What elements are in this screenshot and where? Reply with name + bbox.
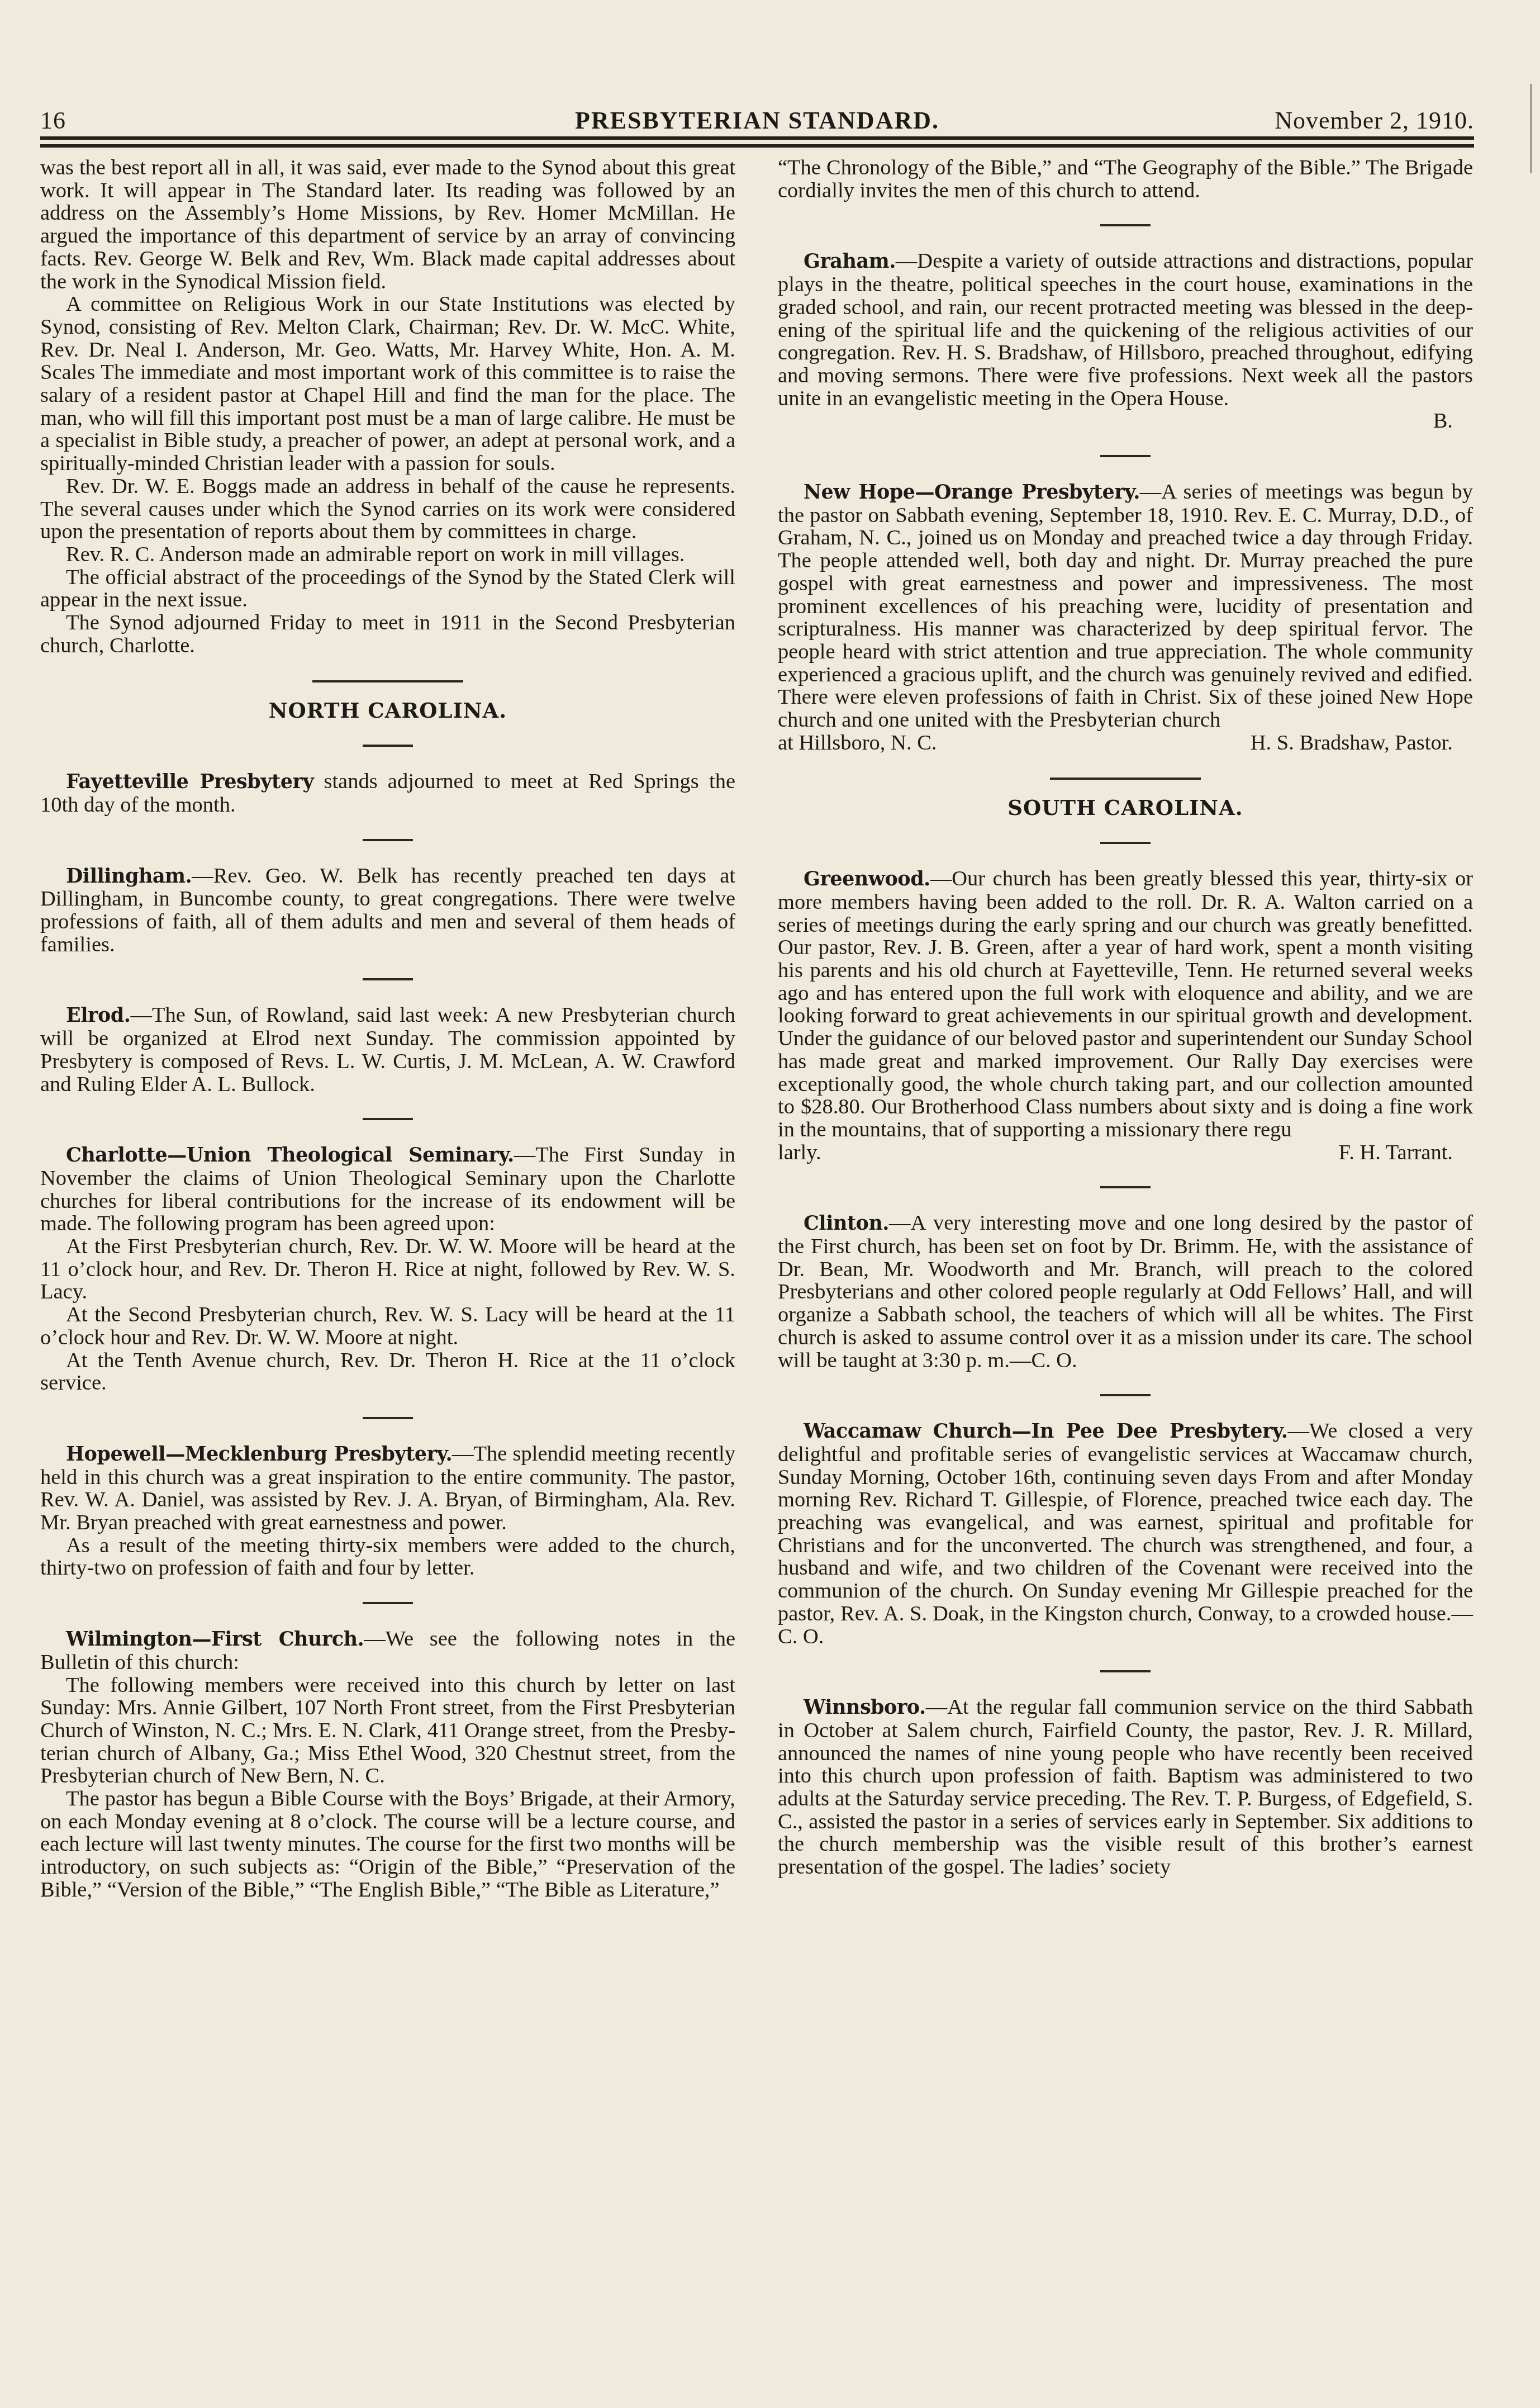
article-signature: H. S. Bradshaw, Pastor.	[1251, 732, 1473, 755]
synod-paragraph: Rev. Dr. W. E. Boggs made an address in …	[40, 475, 735, 543]
article-paragraph: At the Second Presbyterian church, Rev. …	[40, 1303, 735, 1349]
issue-date: November 2, 1910.	[1275, 106, 1474, 135]
article-body: —Our church has been greatly blessed thi…	[778, 867, 1473, 1141]
article-divider	[363, 1118, 413, 1120]
article-lead: Graham.	[804, 250, 896, 273]
article-divider	[1100, 1394, 1151, 1396]
section-heading-south-carolina: SOUTH CAROLINA.	[778, 797, 1473, 819]
article-fayetteville: Fayetteville Presbytery stands adjourned…	[40, 770, 735, 816]
article-body: —The Sun, of Rowland, said last week: A …	[40, 1003, 735, 1096]
left-column: was the best report all in all, it was s…	[40, 157, 735, 1902]
closing-text: larly.	[778, 1141, 821, 1164]
article-closing: larly. F. H. Tarrant.	[778, 1141, 1473, 1164]
article-divider	[363, 745, 413, 747]
article-divider	[363, 978, 413, 980]
article-greenwood: Greenwood.—Our church has been greatly b…	[778, 868, 1473, 1164]
article-lead: New Hope—Orange Presbytery.	[804, 481, 1140, 504]
article-lead: Charlotte—Union Theological Seminary.	[66, 1144, 514, 1167]
article-signature: B.	[778, 410, 1473, 433]
article-clinton: Clinton.—A very interesting move and one…	[778, 1212, 1473, 1372]
rule-line	[40, 144, 1474, 148]
section-divider	[1050, 778, 1201, 780]
newspaper-page: 16 PRESBYTERIAN STANDARD. November 2, 19…	[40, 0, 1474, 2408]
closing-text: at Hillsboro, N. C.	[778, 732, 937, 755]
article-paragraph: The following members were received into…	[40, 1674, 735, 1788]
synod-paragraph: Rev. R. C. Anderson made an admirable re…	[40, 543, 735, 566]
article-divider	[1100, 1186, 1151, 1188]
article-graham: Graham.—Despite a variety of outside att…	[778, 250, 1473, 433]
header-double-rule	[40, 134, 1474, 149]
article-elrod: Elrod.—The Sun, of Rowland, said last we…	[40, 1004, 735, 1096]
article-lead: Greenwood.	[804, 868, 930, 890]
article-paragraph: The pastor has begun a Bible Course with…	[40, 1788, 735, 1902]
article-waccamaw: Waccamaw Church—In Pee Dee Presbytery.—W…	[778, 1420, 1473, 1648]
article-divider	[1100, 455, 1151, 457]
continuation-paragraph: “The Chronology of the Bible,” and “The …	[778, 157, 1473, 202]
page-edge-mark	[1530, 84, 1532, 173]
section-divider	[312, 680, 463, 682]
article-closing: at Hillsboro, N. C. H. S. Bradshaw, Past…	[778, 732, 1473, 755]
article-divider	[1100, 842, 1151, 844]
rule-line	[40, 136, 1474, 140]
article-signature: F. H. Tarrant.	[1339, 1141, 1473, 1164]
article-paragraph: At the First Presbyterian church, Rev. D…	[40, 1235, 735, 1303]
article-hopewell: Hopewell—Mecklenburg Presbytery.—The spl…	[40, 1443, 735, 1580]
article-new-hope: New Hope—Orange Presbytery.—A series of …	[778, 481, 1473, 754]
section-heading-north-carolina: NORTH CAROLINA.	[40, 699, 735, 722]
article-lead: Waccamaw Church—In Pee Dee Presbytery.	[804, 1420, 1287, 1443]
article-charlotte-seminary: Charlotte—Union Theological Seminary.—Th…	[40, 1144, 735, 1395]
article-body: —We closed a very delightful and profita…	[778, 1419, 1473, 1648]
article-divider	[1100, 224, 1151, 226]
article-lead: Elrod.	[66, 1004, 130, 1027]
article-dillingham: Dillingham.—Rev. Geo. W. Belk has recent…	[40, 865, 735, 956]
synod-paragraph: A committee on Religious Work in our Sta…	[40, 293, 735, 475]
article-body: —A series of meetings was begun by the p…	[778, 480, 1473, 732]
article-body: —A very interesting move and one long de…	[778, 1211, 1473, 1372]
article-lead: Hopewell—Mecklenburg Presbytery.	[66, 1443, 452, 1466]
article-body: —Despite a variety of outside attraction…	[778, 249, 1473, 410]
article-lead: Winnsboro.	[804, 1696, 926, 1719]
right-column: “The Chronology of the Bible,” and “The …	[778, 157, 1473, 1879]
article-lead: Clinton.	[804, 1212, 889, 1235]
article-body: —At the regular fall communion service o…	[778, 1695, 1473, 1879]
article-lead: Wilmington—First Church.	[66, 1628, 364, 1651]
article-divider	[363, 839, 413, 841]
article-wilmington: Wilmington—First Church.—We see the foll…	[40, 1628, 735, 1901]
article-paragraph: At the Tenth Avenue church, Rev. Dr. The…	[40, 1349, 735, 1395]
article-paragraph: As a result of the meeting thirty-six me…	[40, 1534, 735, 1580]
synod-paragraph: The Synod adjourned Friday to meet in 19…	[40, 612, 735, 657]
synod-paragraph: was the best report all in all, it was s…	[40, 157, 735, 293]
article-lead: Fayetteville Presbytery	[66, 770, 313, 793]
synod-paragraph: The official abstract of the proceedings…	[40, 566, 735, 612]
article-divider	[363, 1602, 413, 1604]
article-lead: Dillingham.	[66, 865, 192, 888]
article-divider	[363, 1417, 413, 1419]
publication-title: PRESBYTERIAN STANDARD.	[40, 106, 1474, 135]
article-divider	[1100, 1670, 1151, 1672]
article-winnsboro: Winnsboro.—At the regular fall communion…	[778, 1696, 1473, 1879]
